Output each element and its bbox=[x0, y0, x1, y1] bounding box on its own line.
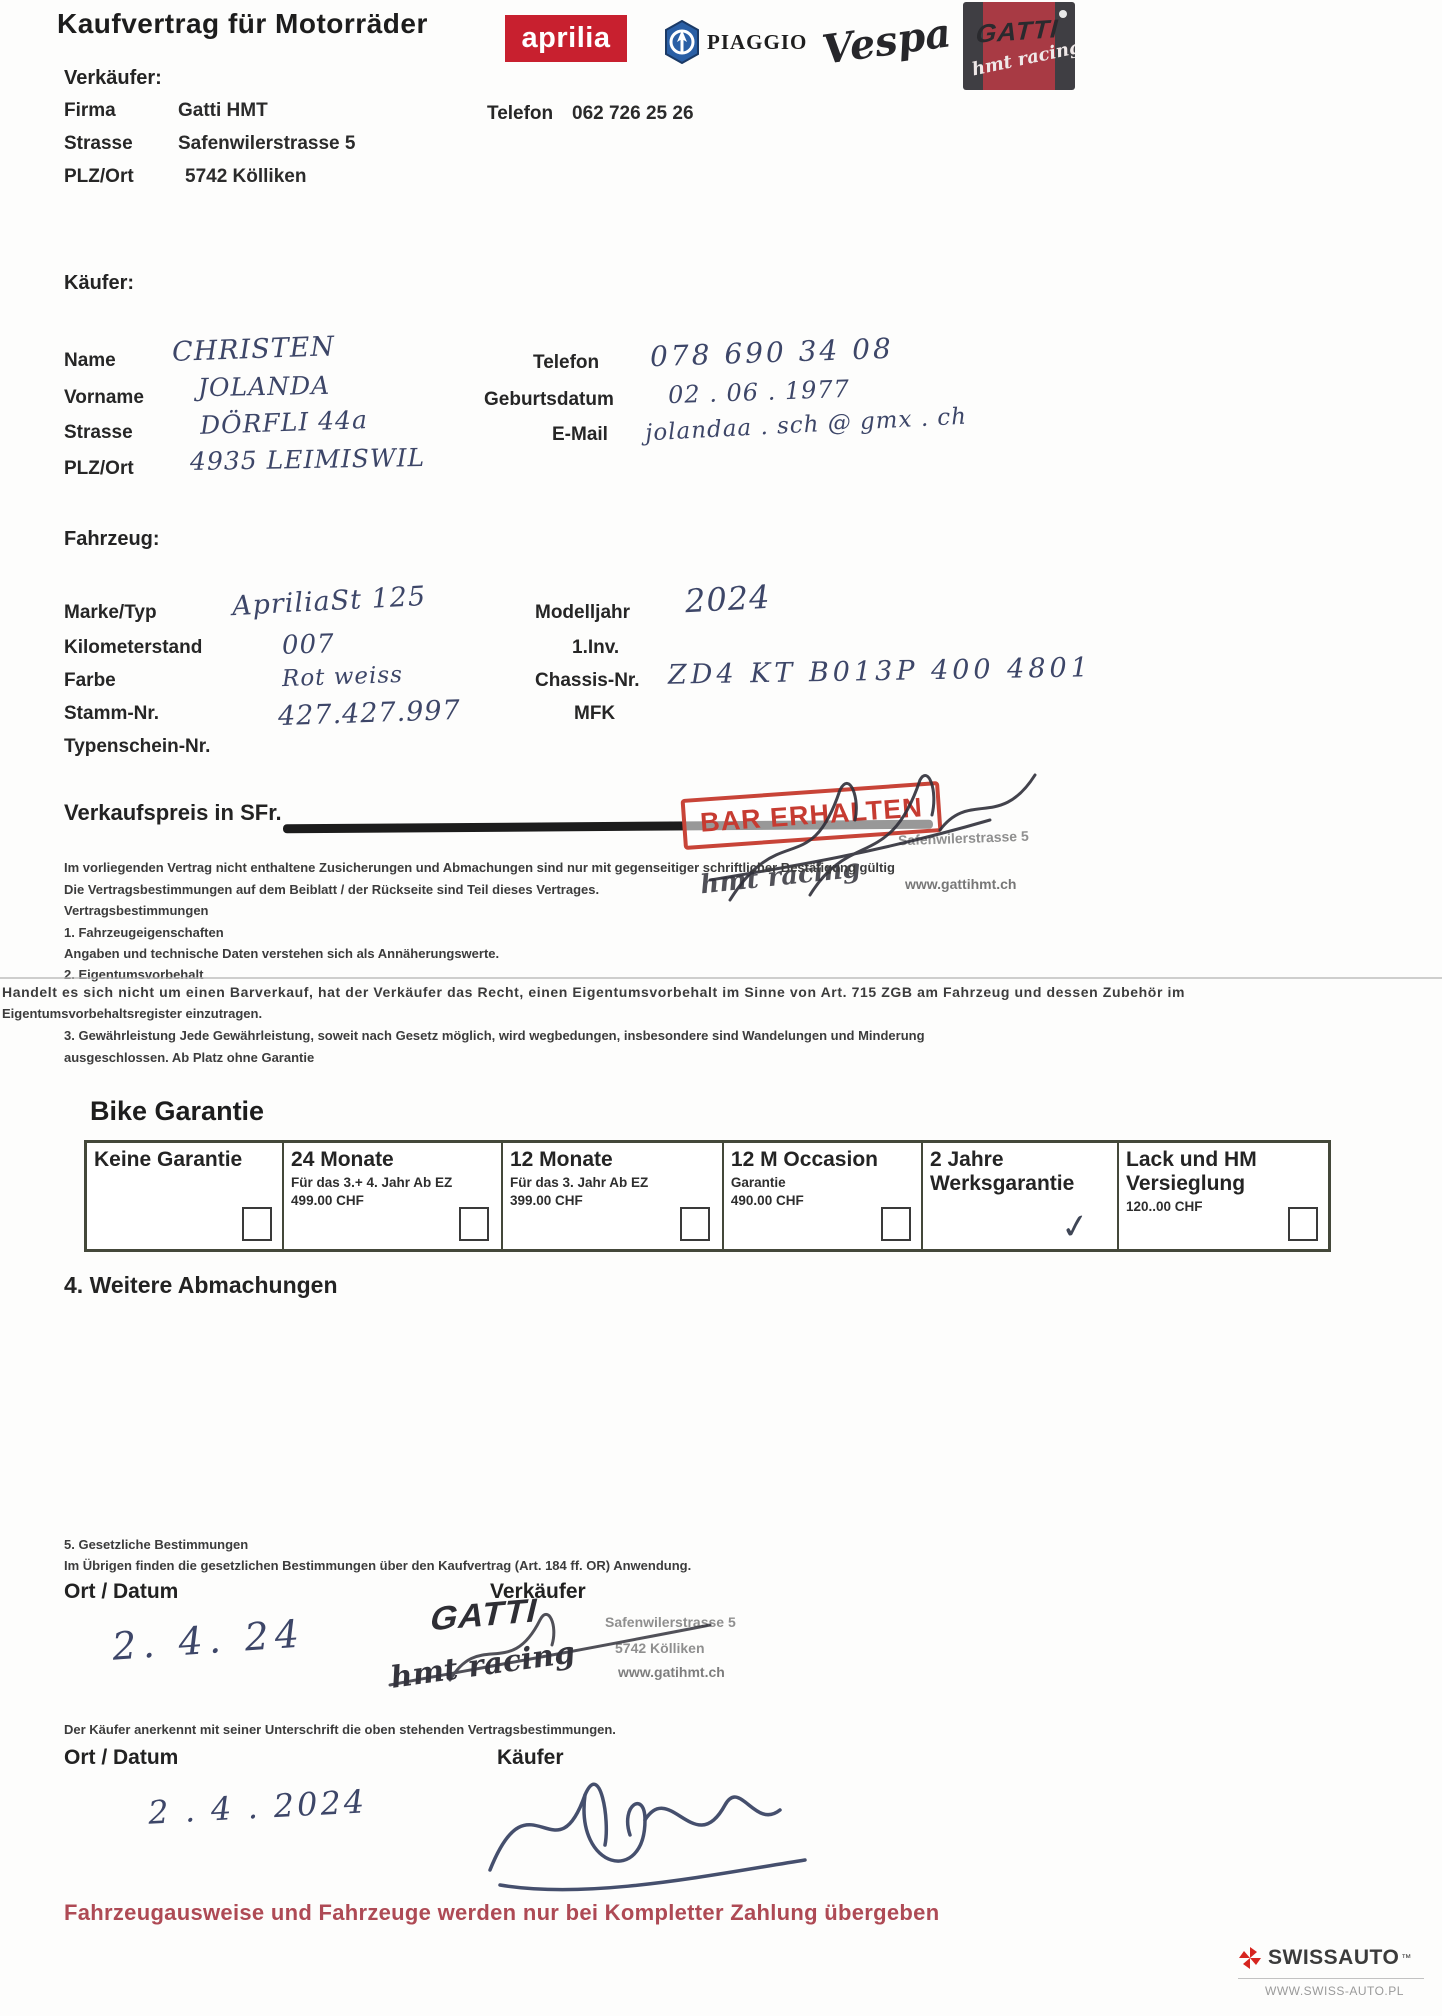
buyer-email-handwritten: jolandaa . sch @ gmx . ch bbox=[645, 404, 968, 447]
vehicle-stamm-label: Stamm-Nr. bbox=[64, 703, 159, 725]
garantie-cell-occasion: 12 M Occasion Garantie 490.00 CHF bbox=[724, 1143, 923, 1249]
vehicle-stamm-handwritten: 427.427.997 bbox=[278, 695, 462, 732]
buyer-vorname-label: Vorname bbox=[64, 387, 144, 409]
vehicle-modelljahr-label: Modelljahr bbox=[535, 602, 630, 624]
seller-heading: Verkäufer: bbox=[64, 67, 162, 90]
aprilia-logo-text: aprilia bbox=[522, 22, 611, 55]
vespa-logo: Vespa bbox=[819, 9, 954, 74]
garantie-tick-werksgarantie: ✓ bbox=[1058, 1205, 1092, 1249]
garantie-cell-title: Lack und HM bbox=[1126, 1148, 1321, 1172]
swissauto-divider bbox=[1238, 1978, 1424, 1979]
seller-plz-value: 5742 Kölliken bbox=[185, 166, 306, 188]
terms-line: ausgeschlossen. Ab Platz ohne Garantie bbox=[64, 1050, 314, 1065]
buyer-vorname-handwritten: JOLANDA bbox=[198, 371, 331, 402]
vehicle-farbe-label: Farbe bbox=[64, 670, 116, 692]
terms-line: Handelt es sich nicht um einen Barverkau… bbox=[2, 984, 1185, 1000]
swissauto-pinwheel-icon bbox=[1238, 1946, 1262, 1970]
seller-strasse-value: Safenwilerstrasse 5 bbox=[178, 133, 355, 155]
buyer-geburtsdatum-label: Geburtsdatum bbox=[484, 389, 614, 411]
seller-signature-scribble bbox=[380, 1590, 740, 1700]
swissauto-name: SWISSAUTO bbox=[1268, 1946, 1399, 1970]
terms-line: Angaben und technische Daten verstehen s… bbox=[64, 946, 499, 961]
vehicle-mfk-label: MFK bbox=[574, 703, 615, 725]
buyer-geburtsdatum-handwritten: 02 . 06 . 1977 bbox=[668, 375, 851, 409]
vehicle-chassis-handwritten: ZD4 KT B013P 400 4801 bbox=[668, 652, 1092, 690]
terms-line: Im vorliegenden Vertrag nicht enthaltene… bbox=[64, 860, 895, 875]
terms-line: Eigentumsvorbehaltsregister einzutragen. bbox=[2, 1006, 262, 1021]
garantie-cell-title: 12 M Occasion bbox=[731, 1148, 914, 1172]
buyer-heading: Käufer: bbox=[64, 272, 134, 295]
swissauto-brand: SWISSAUTO ™ bbox=[1238, 1946, 1411, 1970]
buyer-name-label: Name bbox=[64, 350, 116, 372]
buyer-name-handwritten: CHRISTEN bbox=[172, 331, 336, 368]
vehicle-modelljahr-handwritten: 2024 bbox=[684, 578, 771, 620]
garantie-cell-price: 499.00 CHF bbox=[291, 1193, 494, 1208]
garantie-cell-keine: Keine Garantie bbox=[87, 1143, 284, 1249]
gatti-logo-hole bbox=[1059, 10, 1067, 18]
garantie-checkbox-keine[interactable] bbox=[242, 1207, 272, 1241]
garantie-cell-sub: Garantie bbox=[731, 1175, 914, 1190]
legal-text: Im Übrigen finden die gesetzlichen Besti… bbox=[64, 1558, 691, 1573]
seller-ort-datum-label: Ort / Datum bbox=[64, 1580, 178, 1604]
garantie-checkbox-12monate[interactable] bbox=[680, 1207, 710, 1241]
piaggio-logo-text: PIAGGIO bbox=[707, 30, 807, 55]
aprilia-logo: aprilia bbox=[505, 15, 627, 62]
vehicle-marke-label: Marke/Typ bbox=[64, 602, 157, 624]
garantie-cell-title: 2 Jahre bbox=[930, 1148, 1110, 1172]
buyer-acknowledgement-text: Der Käufer anerkennt mit seiner Untersch… bbox=[64, 1722, 616, 1737]
buyer-ort-datum-label: Ort / Datum bbox=[64, 1746, 178, 1770]
vehicle-marke-handwritten: ApriliaSt 125 bbox=[231, 581, 427, 622]
buyer-signature bbox=[460, 1750, 860, 1900]
legal-heading: 5. Gesetzliche Bestimmungen bbox=[64, 1537, 248, 1552]
vehicle-km-handwritten: 007 bbox=[281, 629, 335, 661]
swissauto-url: WWW.SWISS-AUTO.PL bbox=[1265, 1984, 1404, 1998]
garantie-checkbox-lack[interactable] bbox=[1288, 1207, 1318, 1241]
garantie-cell-sub: Für das 3.+ 4. Jahr Ab EZ bbox=[291, 1175, 494, 1190]
piaggio-logo: PIAGGIO bbox=[662, 20, 807, 64]
garantie-cell-lack: Lack und HM Versieglung 120..00 CHF bbox=[1119, 1143, 1328, 1249]
garantie-cell-title: 24 Monate bbox=[291, 1148, 494, 1172]
seller-plz-label: PLZ/Ort bbox=[64, 166, 134, 188]
garantie-cell-price: 399.00 CHF bbox=[510, 1193, 715, 1208]
terms-line: 3. Gewährleistung Jede Gewährleistung, s… bbox=[64, 1028, 925, 1043]
buyer-plz-label: PLZ/Ort bbox=[64, 458, 134, 480]
buyer-email-label: E-Mail bbox=[552, 424, 608, 446]
piaggio-shield-icon bbox=[662, 20, 702, 64]
buyer-strasse-handwritten: DÖRFLI 44a bbox=[200, 405, 369, 440]
seller-date-handwritten: 2. 4. 24 bbox=[111, 1611, 307, 1668]
terms-line: Vertragsbestimmungen bbox=[64, 903, 209, 918]
vehicle-heading: Fahrzeug: bbox=[64, 528, 160, 551]
garantie-cell-24monate: 24 Monate Für das 3.+ 4. Jahr Ab EZ 499.… bbox=[284, 1143, 503, 1249]
garantie-cell-price: 490.00 CHF bbox=[731, 1193, 914, 1208]
gatti-logo: GATTI hmt racing bbox=[963, 2, 1075, 90]
seller-telefon-label: Telefon bbox=[487, 103, 553, 125]
buyer-telefon-handwritten: 078 690 34 08 bbox=[649, 332, 894, 373]
garantie-heading: Bike Garantie bbox=[90, 1096, 264, 1127]
seller-firma-label: Firma bbox=[64, 100, 116, 122]
page-title: Kaufvertrag für Motorräder bbox=[57, 8, 428, 40]
terms-line: 2. Eigentumsvorbehalt bbox=[64, 967, 203, 982]
vehicle-inv-label: 1.Inv. bbox=[572, 637, 619, 659]
garantie-table: Keine Garantie 24 Monate Für das 3.+ 4. … bbox=[84, 1140, 1331, 1252]
scan-artifact-line bbox=[0, 977, 1442, 979]
garantie-cell-12monate: 12 Monate Für das 3. Jahr Ab EZ 399.00 C… bbox=[503, 1143, 724, 1249]
terms-line: 1. Fahrzeugeigenschaften bbox=[64, 925, 224, 940]
price-label: Verkaufspreis in SFr. bbox=[64, 800, 282, 826]
garantie-cell-title: 12 Monate bbox=[510, 1148, 715, 1172]
swissauto-tm: ™ bbox=[1401, 1953, 1411, 1964]
seller-telefon-value: 062 726 25 26 bbox=[572, 103, 694, 125]
payment-warning-text: Fahrzeugausweise und Fahrzeuge werden nu… bbox=[64, 1900, 939, 1926]
garantie-cell-title: Keine Garantie bbox=[94, 1148, 275, 1172]
vehicle-typenschein-label: Typenschein-Nr. bbox=[64, 736, 210, 758]
terms-line: Die Vertragsbestimmungen auf dem Beiblat… bbox=[64, 882, 599, 897]
garantie-cell-title2: Werksgarantie bbox=[930, 1172, 1110, 1196]
scanned-contract-page: Kaufvertrag für Motorräder aprilia PIAGG… bbox=[0, 0, 1442, 2016]
buyer-strasse-label: Strasse bbox=[64, 422, 133, 444]
buyer-telefon-label: Telefon bbox=[533, 352, 599, 374]
vehicle-farbe-handwritten: Rot weiss bbox=[282, 662, 404, 692]
buyer-plz-handwritten: 4935 LEIMISWIL bbox=[190, 443, 426, 476]
garantie-cell-werksgarantie: 2 Jahre Werksgarantie ✓ bbox=[923, 1143, 1119, 1249]
seller-scribble-over-stamp bbox=[690, 760, 1070, 910]
buyer-date-handwritten: 2 . 4 . 2024 bbox=[147, 1782, 368, 1831]
garantie-checkbox-occasion[interactable] bbox=[881, 1207, 911, 1241]
vehicle-chassis-label: Chassis-Nr. bbox=[535, 670, 640, 692]
garantie-checkbox-24monate[interactable] bbox=[459, 1207, 489, 1241]
garantie-cell-sub: Für das 3. Jahr Ab EZ bbox=[510, 1175, 715, 1190]
seller-firma-value: Gatti HMT bbox=[178, 100, 268, 122]
seller-strasse-label: Strasse bbox=[64, 133, 133, 155]
weitere-heading: 4. Weitere Abmachungen bbox=[64, 1272, 338, 1299]
garantie-cell-title2: Versieglung bbox=[1126, 1172, 1321, 1196]
vehicle-km-label: Kilometerstand bbox=[64, 637, 202, 659]
